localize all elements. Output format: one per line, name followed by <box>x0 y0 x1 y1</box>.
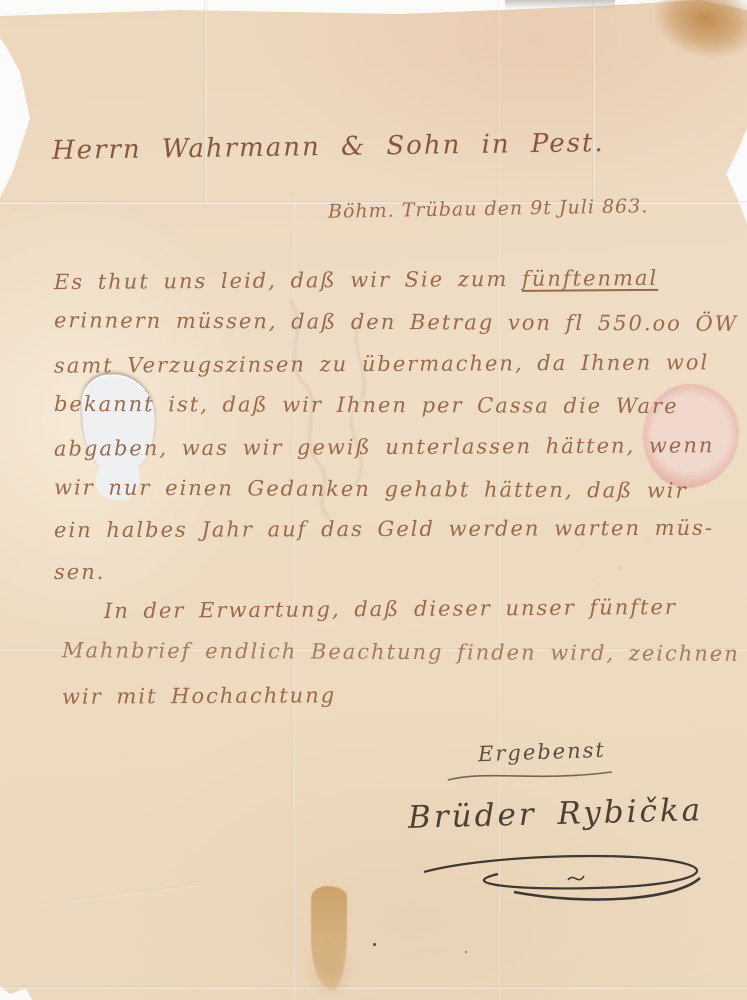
signature-flourish <box>418 846 714 904</box>
paper-speck <box>373 943 376 946</box>
body-line-8: sen. <box>54 560 105 584</box>
body-line-3: samt Verzugszinsen zu übermachen, da Ihn… <box>54 350 709 377</box>
body-line-6: wir nur einen Gedanken gehabt hätten, da… <box>54 475 688 502</box>
body-line-9: In der Erwartung, daß dieser unser fünft… <box>104 595 677 623</box>
paper-speck <box>465 951 467 953</box>
body-line-5: abgaben, was wir gewiß unterlassen hätte… <box>54 433 714 460</box>
underlined-word-fuenftenmal: fünftenmal <box>522 266 658 291</box>
letter-scan: Herrn Wahrmann & Sohn in Pest. Böhm. Trü… <box>0 0 747 1000</box>
body-line-7: ein halbes Jahr auf das Geld werden wart… <box>54 516 714 542</box>
body-line-4: bekannt ist, daß wir Ihnen per Cassa die… <box>54 392 679 418</box>
closing-word: Ergebenst <box>478 738 607 766</box>
body-line-1-text: Es thut uns leid, daß wir Sie zum <box>54 267 522 294</box>
body-line-1: Es thut uns leid, daß wir Sie zum fünfte… <box>54 266 658 294</box>
body-line-11: wir mit Hochachtung <box>62 683 336 708</box>
body-line-10: Mahnbrief endlich Beachtung finden wird,… <box>62 638 740 666</box>
closing-flourish <box>446 768 616 784</box>
body-line-2: erinnern müssen, daß den Betrag von fl 5… <box>54 308 738 336</box>
